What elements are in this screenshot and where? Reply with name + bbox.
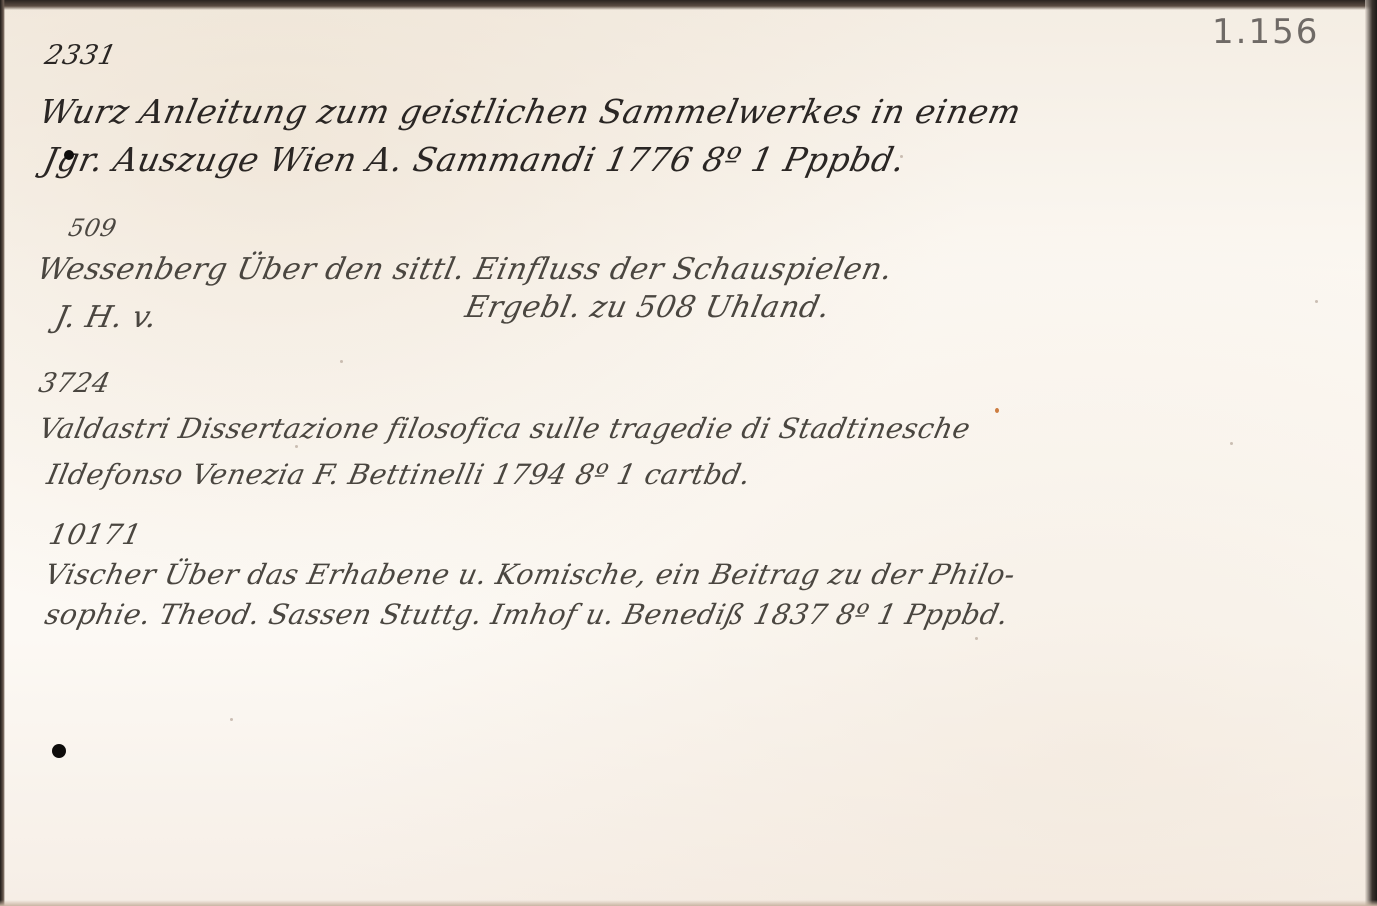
card-edge-right [1365,0,1377,906]
paper-speck [295,445,298,448]
card-edge-left [0,0,5,906]
card-edge-top [0,0,1377,10]
entry-line: Vischer Über das Erhabene u. Komische, e… [42,558,1019,591]
catalog-card: 1.156 2331 Wurz Anleitung zum geistliche… [0,0,1377,906]
entry-number: 3724 [36,368,113,399]
entry-line: Jgr. Auszuge Wien A. Sammandi 1776 8º 1 … [40,140,909,179]
card-edge-bottom [0,900,1377,906]
paper-speck [1315,300,1318,303]
entry-line: Ergebl. zu 508 Uhland. [462,290,833,325]
paper-speck [230,718,233,721]
ink-dot [52,744,66,758]
paper-speck [975,637,978,640]
entry-line: Valdastri Dissertazione filosofica sulle… [36,412,974,445]
ink-blot [64,150,74,160]
shelf-mark: 1.156 [1212,12,1319,52]
entry-line: Wessenberg Über den sittl. Einfluss der … [34,252,896,287]
paper-speck [1230,442,1233,445]
entry-line: J. H. v. [52,300,160,335]
entry-line: Ildefonso Venezia F. Bettinelli 1794 8º … [44,458,754,491]
entry-number: 10171 [46,518,145,551]
paper-speck [340,360,343,363]
paper-speck [900,155,903,158]
entry-line: sophie. Theod. Sassen Stuttg. Imhof u. B… [42,598,1012,631]
entry-line: Wurz Anleitung zum geistlichen Sammelwer… [36,92,1025,131]
entry-number: 509 [66,214,119,242]
paper-speck [995,408,999,413]
entry-number: 2331 [42,40,119,71]
